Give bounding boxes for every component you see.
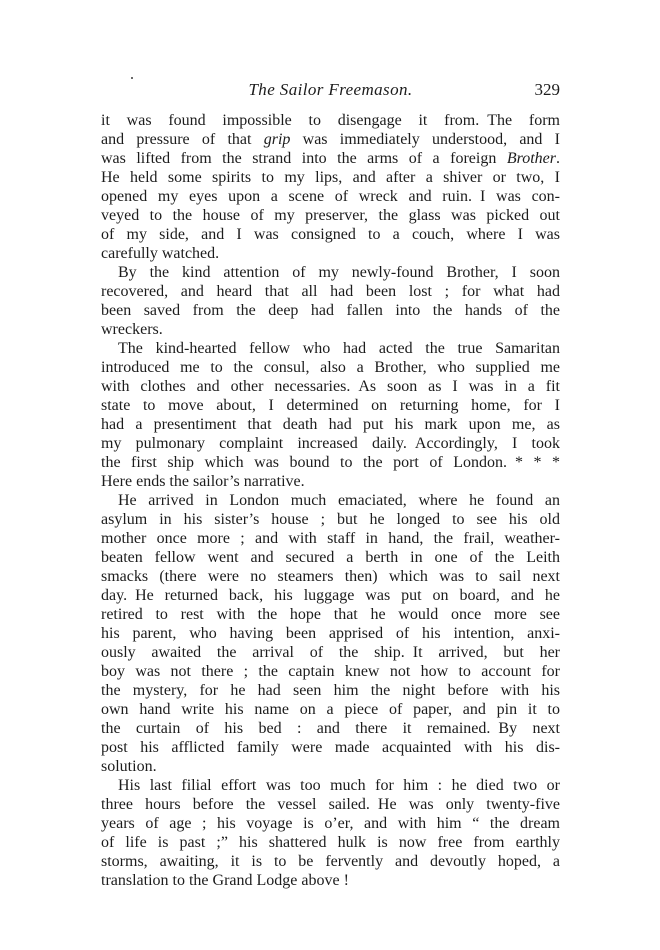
text-line: veyed to the house of my preserver, the … bbox=[101, 206, 560, 225]
text-line: wreckers. bbox=[101, 320, 560, 339]
text-line: state to move about, I determined on ret… bbox=[101, 396, 560, 415]
paragraph: it was found impossible to disengage it … bbox=[101, 111, 560, 263]
text-line: my pulmonary complaint increased daily. … bbox=[101, 434, 560, 453]
paragraph: The kind-hearted fellow who had acted th… bbox=[101, 339, 560, 491]
text-line: day. He returned back, his luggage was p… bbox=[101, 586, 560, 605]
text-line: introduced me to the consul, also a Brot… bbox=[101, 358, 560, 377]
text-line: had a presentiment that death had put hi… bbox=[101, 415, 560, 434]
paragraph: His last filial effort was too much for … bbox=[101, 776, 560, 890]
text-line: mother once more ; and with staff in han… bbox=[101, 529, 560, 548]
text-line: the first ship which was bound to the po… bbox=[101, 453, 560, 472]
text-line: He held some spirits to my lips, and aft… bbox=[101, 168, 560, 187]
book-page: The Sailor Freemason. 329 it was found i… bbox=[0, 0, 660, 950]
text-line: Here ends the sailor’s narrative. bbox=[101, 472, 560, 491]
text-line: years of age ; his voyage is o’er, and w… bbox=[101, 814, 560, 833]
text-segment: my pulmonary complaint increased daily. … bbox=[101, 435, 560, 452]
text-segment: . bbox=[556, 150, 560, 167]
text-segment: own hand write his name on a piece of pa… bbox=[101, 701, 560, 718]
text-segment: He arrived in London much emaciated, whe… bbox=[118, 492, 560, 509]
text-segment: beaten fellow went and secured a berth i… bbox=[101, 549, 560, 566]
text-segment: three hours before the vessel sailed. He… bbox=[101, 796, 560, 813]
text-line: carefully watched. bbox=[101, 244, 560, 263]
italic-text: Brother bbox=[507, 150, 556, 167]
text-line: retired to rest with the hope that he wo… bbox=[101, 605, 560, 624]
text-segment: the first ship which was bound to the po… bbox=[101, 454, 560, 471]
text-line: of my side, and I was consigned to a cou… bbox=[101, 225, 560, 244]
text-line: recovered, and heard that all had been l… bbox=[101, 282, 560, 301]
text-segment: mother once more ; and with staff in han… bbox=[101, 530, 560, 547]
text-segment: years of age ; his voyage is o’er, and w… bbox=[101, 815, 560, 832]
italic-text: grip bbox=[264, 131, 291, 148]
text-line: own hand write his name on a piece of pa… bbox=[101, 700, 560, 719]
text-segment: smacks (there were no steamers then) whi… bbox=[101, 568, 560, 585]
text-line: the curtain of his bed : and there it re… bbox=[101, 719, 560, 738]
text-line: He arrived in London much emaciated, whe… bbox=[101, 491, 560, 510]
text-segment: been saved from the deep had fallen into… bbox=[101, 302, 560, 319]
text-segment: it was found impossible to disengage it … bbox=[101, 112, 560, 129]
paragraph: He arrived in London much emaciated, whe… bbox=[101, 491, 560, 776]
running-header: The Sailor Freemason. 329 bbox=[101, 79, 560, 100]
text-line: ously awaited the arrival of the ship. I… bbox=[101, 643, 560, 662]
page-title: The Sailor Freemason. bbox=[101, 79, 560, 100]
text-segment: had a presentiment that death had put hi… bbox=[101, 416, 560, 433]
text-line: with clothes and other necessaries. As s… bbox=[101, 377, 560, 396]
text-segment: the curtain of his bed : and there it re… bbox=[101, 720, 560, 737]
text-line: his parent, who having been apprised of … bbox=[101, 624, 560, 643]
text-segment: carefully watched. bbox=[101, 245, 219, 262]
text-segment: was lifted from the strand into the arms… bbox=[101, 150, 507, 167]
text-segment: veyed to the house of my preserver, the … bbox=[101, 207, 560, 224]
text-segment: solution. bbox=[101, 758, 157, 775]
paragraph: By the kind attention of my newly-found … bbox=[101, 263, 560, 339]
text-segment: His last filial effort was too much for … bbox=[118, 777, 560, 794]
text-line: opened my eyes upon a scene of wreck and… bbox=[101, 187, 560, 206]
text-segment: By the kind attention of my newly-found … bbox=[118, 264, 560, 281]
page-number: 329 bbox=[535, 79, 561, 100]
text-segment: opened my eyes upon a scene of wreck and… bbox=[101, 188, 560, 205]
text-segment: with clothes and other necessaries. As s… bbox=[101, 378, 560, 395]
text-segment: Here ends the sailor’s narrative. bbox=[101, 473, 305, 490]
text-segment: recovered, and heard that all had been l… bbox=[101, 283, 560, 300]
text-line: storms, awaiting, it is to be fervently … bbox=[101, 852, 560, 871]
text-segment: and pressure of that bbox=[101, 131, 264, 148]
text-line: been saved from the deep had fallen into… bbox=[101, 301, 560, 320]
text-line: of life is past ;” his shattered hulk is… bbox=[101, 833, 560, 852]
text-segment: of my side, and I was consigned to a cou… bbox=[101, 226, 560, 243]
text-segment: asylum in his sister’s house ; but he lo… bbox=[101, 511, 560, 528]
text-segment: wreckers. bbox=[101, 321, 163, 338]
text-line: beaten fellow went and secured a berth i… bbox=[101, 548, 560, 567]
text-segment: introduced me to the consul, also a Brot… bbox=[101, 359, 560, 376]
text-line: By the kind attention of my newly-found … bbox=[101, 263, 560, 282]
text-segment: state to move about, I determined on ret… bbox=[101, 397, 560, 414]
text-line: asylum in his sister’s house ; but he lo… bbox=[101, 510, 560, 529]
text-segment: storms, awaiting, it is to be fervently … bbox=[101, 853, 560, 870]
text-line: His last filial effort was too much for … bbox=[101, 776, 560, 795]
text-line: The kind-hearted fellow who had acted th… bbox=[101, 339, 560, 358]
text-segment: He held some spirits to my lips, and aft… bbox=[101, 169, 560, 186]
text-line: it was found impossible to disengage it … bbox=[101, 111, 560, 130]
text-line: boy was not there ; the captain knew not… bbox=[101, 662, 560, 681]
text-segment: The kind-hearted fellow who had acted th… bbox=[118, 340, 560, 357]
text-line: solution. bbox=[101, 757, 560, 776]
text-segment: of life is past ;” his shattered hulk is… bbox=[101, 834, 560, 851]
text-line: smacks (there were no steamers then) whi… bbox=[101, 567, 560, 586]
text-segment: post his afflicted family were made acqu… bbox=[101, 739, 560, 756]
text-segment: the mystery, for he had seen him the nig… bbox=[101, 682, 560, 699]
text-segment: boy was not there ; the captain knew not… bbox=[101, 663, 560, 680]
text-line: was lifted from the strand into the arms… bbox=[101, 149, 560, 168]
page-content: The Sailor Freemason. 329 it was found i… bbox=[101, 79, 560, 890]
text-segment: translation to the Grand Lodge above ! bbox=[101, 872, 349, 889]
text-line: the mystery, for he had seen him the nig… bbox=[101, 681, 560, 700]
text-segment: retired to rest with the hope that he wo… bbox=[101, 606, 560, 623]
text-line: and pressure of that grip was immediatel… bbox=[101, 130, 560, 149]
text-segment: day. He returned back, his luggage was p… bbox=[101, 587, 560, 604]
text-line: translation to the Grand Lodge above ! bbox=[101, 871, 560, 890]
text-segment: ously awaited the arrival of the ship. I… bbox=[101, 644, 560, 661]
page-body: it was found impossible to disengage it … bbox=[101, 111, 560, 890]
text-line: three hours before the vessel sailed. He… bbox=[101, 795, 560, 814]
text-line: post his afflicted family were made acqu… bbox=[101, 738, 560, 757]
text-segment: was immediately understood, and I bbox=[290, 131, 560, 148]
text-segment: his parent, who having been apprised of … bbox=[101, 625, 560, 642]
